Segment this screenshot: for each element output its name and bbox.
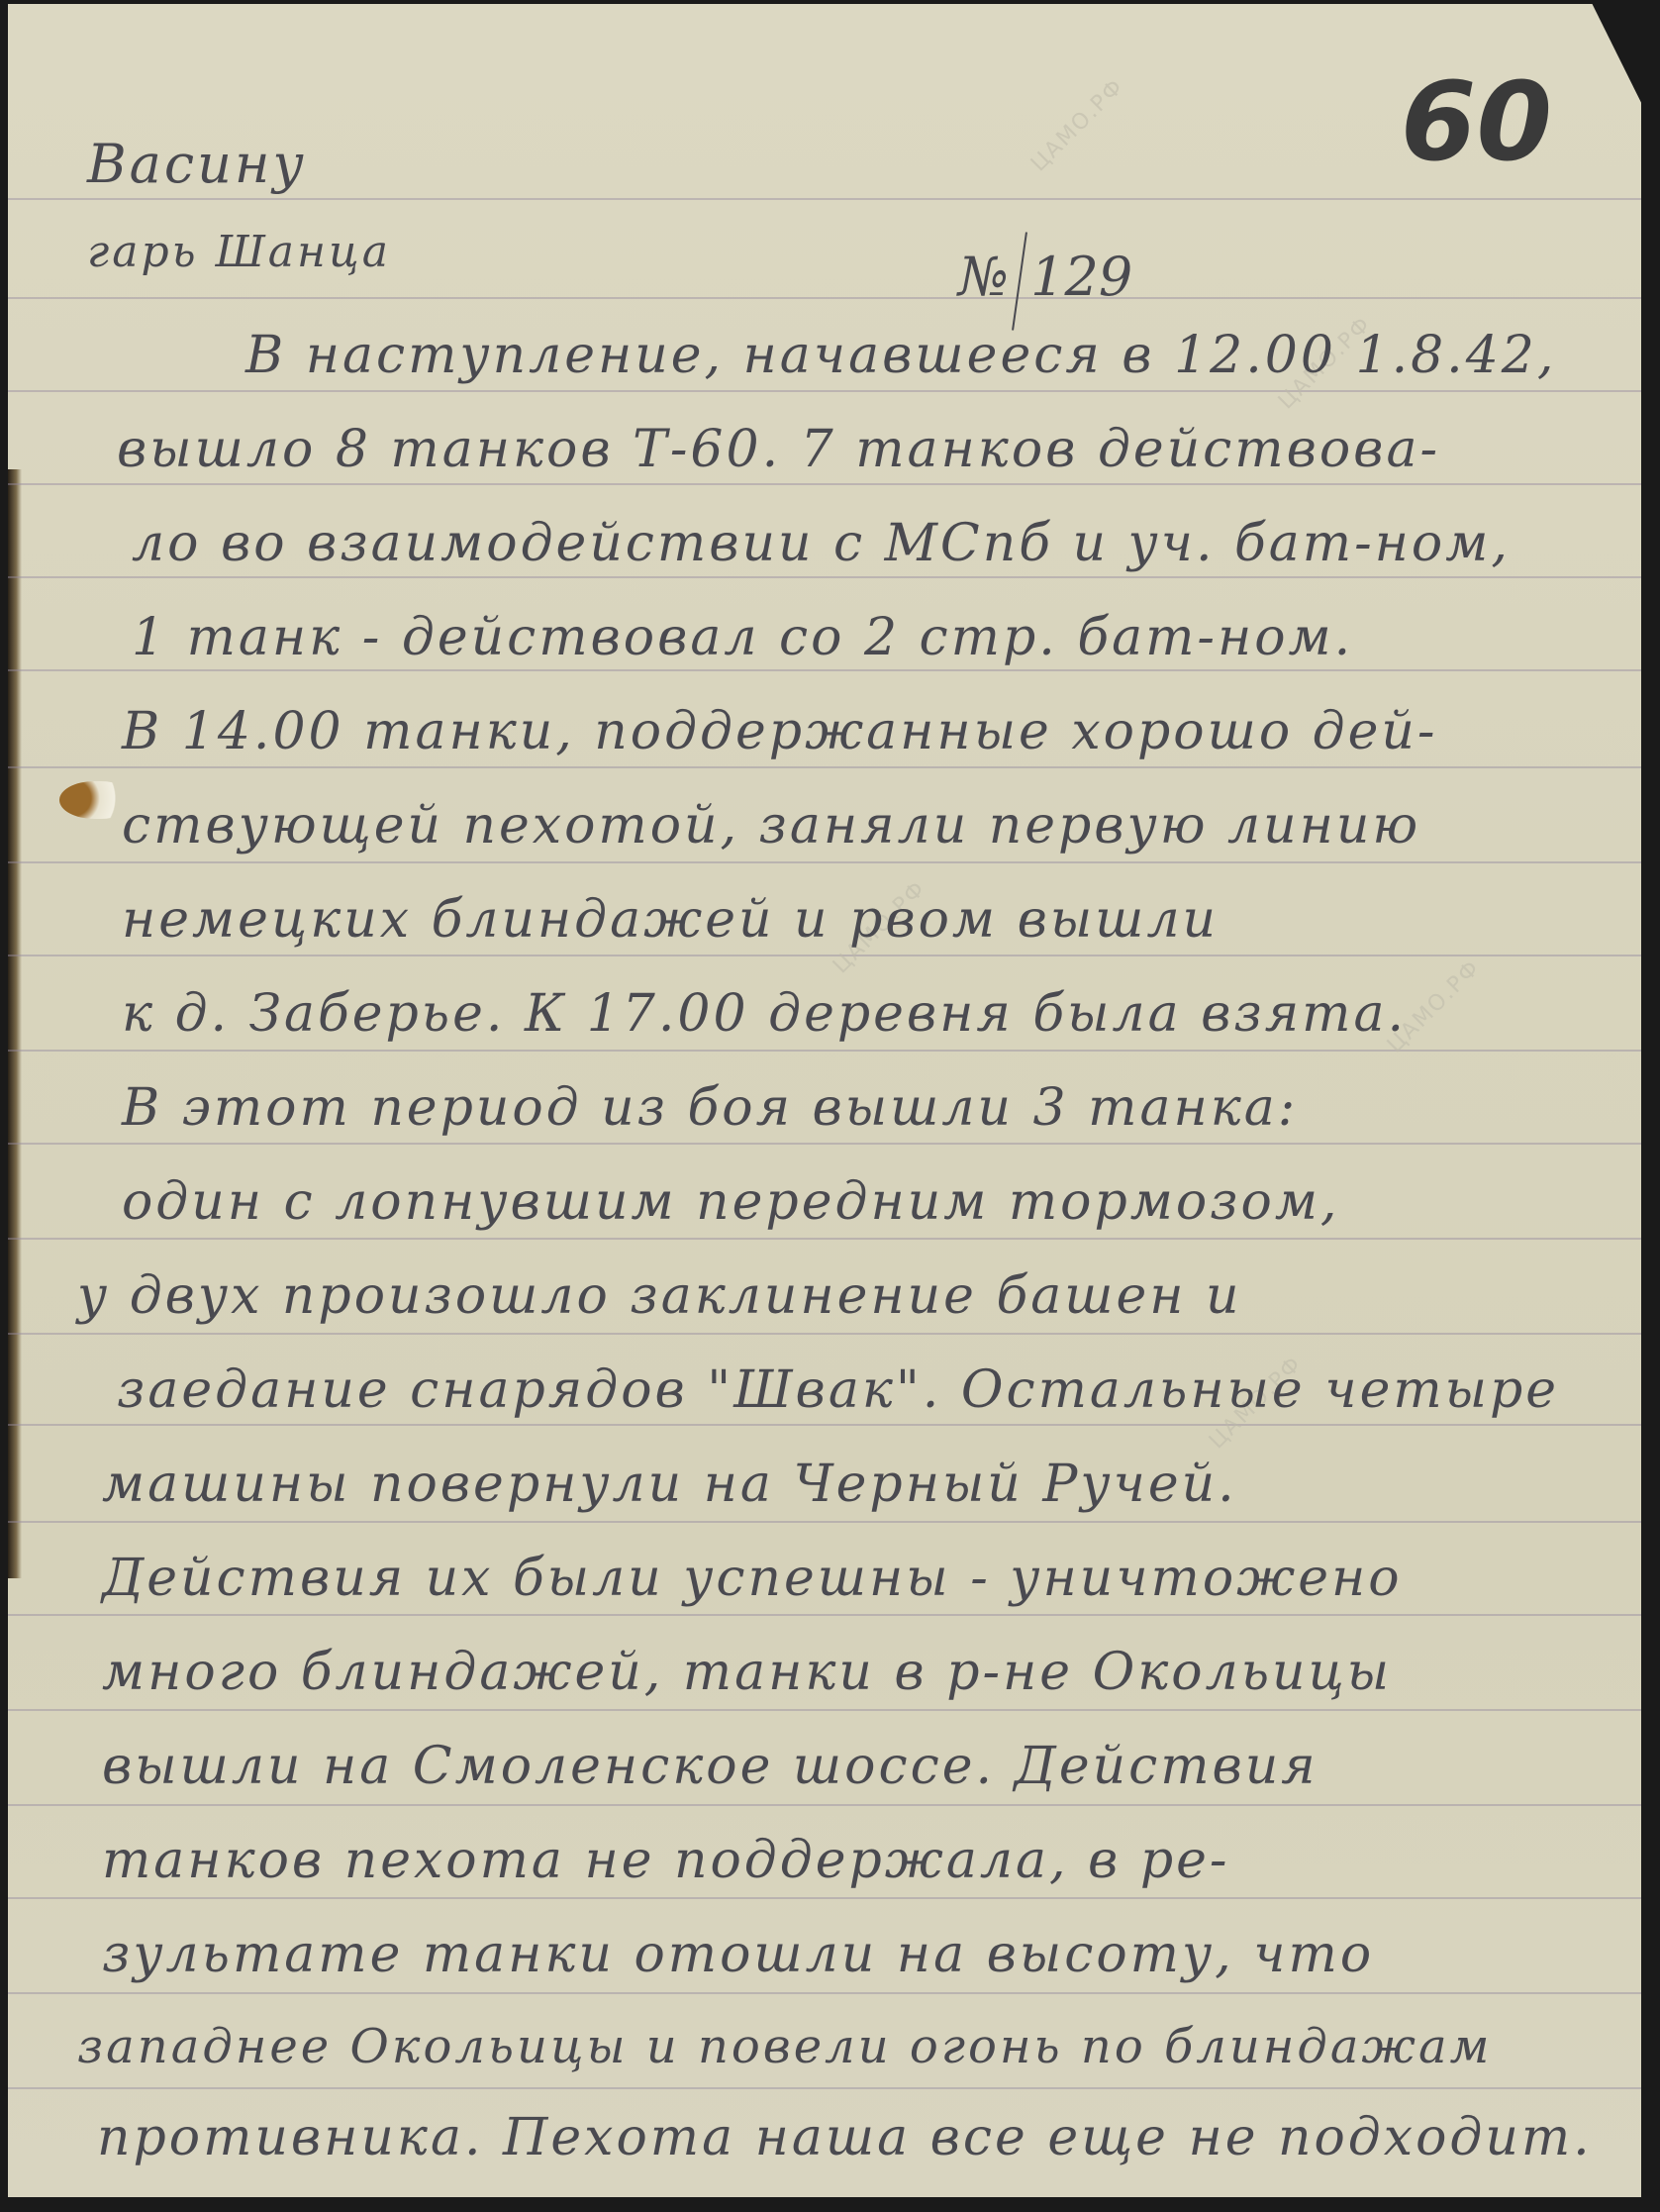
body-line: у двух произошло заклинение башен и — [77, 1266, 1242, 1326]
body-line: ствующей пехотой, заняли первую линию — [122, 796, 1420, 855]
ruling-line — [8, 483, 1641, 485]
body-line: В этот период из боя вышли 3 танка: — [122, 1078, 1298, 1138]
punch-hole — [59, 781, 129, 819]
ruling-line — [8, 2087, 1641, 2089]
ruling-line — [8, 1333, 1641, 1335]
body-line: заедание снарядов "Швак". Остальные четы… — [117, 1360, 1559, 1420]
body-line: Действия их были успешны - уничтожено — [102, 1549, 1403, 1608]
ruling-line — [8, 1238, 1641, 1240]
body-line: к д. Заберье. К 17.00 деревня была взята… — [122, 984, 1407, 1044]
ruling-line — [8, 861, 1641, 863]
watermark: ЦАМО.РФ — [1026, 74, 1129, 177]
body-line: вышли на Смоленское шоссе. Действия — [102, 1737, 1318, 1796]
ruling-line — [8, 955, 1641, 956]
divider — [1012, 232, 1027, 330]
ruling-line — [8, 766, 1641, 768]
body-line: противника. Пехота наша все еще не подхо… — [97, 2108, 1593, 2167]
ruling-line — [8, 198, 1641, 200]
ruling-line — [8, 1143, 1641, 1145]
body-line: один с лопнувшим передним тормозом, — [122, 1172, 1339, 1232]
doc-number-value: 129 — [1030, 246, 1132, 308]
body-line: машины повернули на Черный Ручей. — [102, 1455, 1237, 1514]
body-line: танков пехота не поддержала, в ре- — [102, 1831, 1230, 1890]
ruling-line — [8, 1897, 1641, 1899]
ruling-line — [8, 1992, 1641, 1994]
ruling-line — [8, 1804, 1641, 1806]
body-line: В 14.00 танки, поддержанные хорошо дей- — [122, 702, 1437, 761]
ruling-line — [8, 1709, 1641, 1711]
addressee-location: гарь Шанца — [87, 227, 391, 277]
document-number: №129 — [958, 232, 1132, 331]
binding-edge — [8, 469, 22, 1578]
body-line: зультате танки отошли на высоту, что — [102, 1925, 1374, 1984]
ruling-line — [8, 297, 1641, 299]
body-line: много блиндажей, танки в р-не Окольицы — [102, 1643, 1392, 1702]
body-line: западнее Окольицы и повели огонь по блин… — [77, 2019, 1492, 2074]
ruling-line — [8, 669, 1641, 671]
archive-page-number: 60 — [1401, 58, 1552, 185]
doc-number-prefix: № — [958, 246, 1009, 308]
ruling-line — [8, 1424, 1641, 1426]
body-line: В наступление, начавшееся в 12.00 1.8.42… — [245, 326, 1556, 385]
document-page: ЦАМО.РФ ЦАМО.РФ ЦАМО.РФ ЦАМО.РФ ЦАМО.РФ … — [8, 4, 1641, 2197]
ruling-line — [8, 390, 1641, 392]
body-line: ло во взаимодействии с МСпб и уч. бат-но… — [132, 514, 1511, 573]
body-line: вышло 8 танков Т-60. 7 танков действова- — [117, 420, 1440, 479]
ruling-line — [8, 576, 1641, 578]
ruling-line — [8, 1521, 1641, 1523]
ruling-line — [8, 1614, 1641, 1616]
body-line: немецких блиндажей и рвом вышли — [122, 890, 1219, 950]
body-line: 1 танк - действовал со 2 стр. бат-ном. — [132, 608, 1353, 667]
addressee-name: Васину — [87, 133, 307, 195]
